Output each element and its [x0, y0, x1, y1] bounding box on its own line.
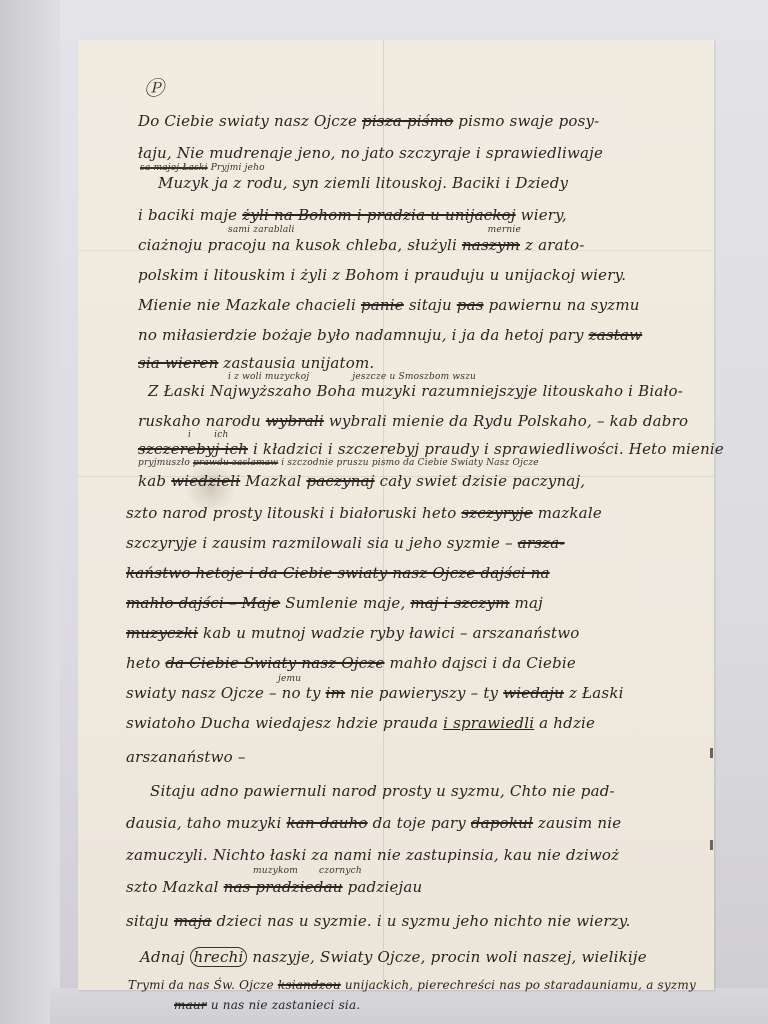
- line-text: u nas: [211, 998, 245, 1012]
- struck-text: im: [326, 684, 345, 702]
- manuscript-line: kab wiedzieli Mazkal paczynaj cały swiet…: [138, 472, 585, 490]
- manuscript-line: no miłasierdzie bożaje było nadamnuju, i…: [138, 326, 642, 344]
- line-text: pismo swaje posy-: [458, 112, 599, 130]
- manuscript-line: Adnaj hrechi naszyje, Swiaty Ojcze, proc…: [140, 948, 647, 966]
- line-text: Do Ciebie swiaty nasz Ojcze: [138, 112, 357, 130]
- circled-text: hrechi: [190, 947, 248, 967]
- line-text: dzieci nas: [216, 912, 293, 930]
- line-text: mernie: [488, 225, 521, 235]
- line-text: nie pawieryszy – ty: [350, 684, 498, 702]
- manuscript-line: polskim i litouskim i żyli z Bohom i pra…: [138, 266, 626, 284]
- manuscript-page: Ⓟ Do Ciebie swiaty nasz Ojcze pisza piśm…: [78, 40, 714, 990]
- edge-mark: [710, 748, 713, 758]
- line-text: sitaju: [126, 912, 169, 930]
- line-text: no miłasierdzie bożaje było nadamnuju, i…: [138, 326, 584, 344]
- line-text: nie zastanieci sia.: [248, 998, 360, 1012]
- struck-text: naszym: [462, 236, 520, 254]
- struck-text: kan dauho: [287, 814, 368, 832]
- manuscript-line: łaju, Nie mudrenaje jeno, no jato szczyr…: [138, 144, 603, 162]
- struck-text: zastaw: [589, 326, 643, 344]
- line-text: kab: [138, 472, 166, 490]
- line-text: Muzyk ja z rodu, syn ziemli litouskoj. B…: [158, 174, 568, 192]
- line-text: Pryjmi jeho: [211, 163, 265, 173]
- line-text: dausia, taho muzyki: [126, 814, 282, 832]
- line-text: Z Łaski Najwyższaho Boha muzyki razumnie…: [148, 382, 683, 400]
- interlinear-note: i z woli muzyckoj jeszcze u Smoszbom wsz…: [228, 372, 476, 382]
- line-text: zamuczyli. Nichto łaski za nami nie zast…: [126, 846, 619, 864]
- struck-text: żyli na Bohom i pradzia u unijackoj: [242, 206, 515, 224]
- line-text: i baciki maje: [138, 206, 237, 224]
- manuscript-line: Sitaju adno pawiernuli narod prosty u sy…: [150, 782, 615, 800]
- struck-text: pisza piśmo: [362, 112, 453, 130]
- line-text: Adnaj: [140, 948, 185, 966]
- line-text: naszyje, Swiaty Ojcze,: [252, 948, 425, 966]
- manuscript-line: sia wieren zastausia unijatom.: [138, 354, 374, 372]
- line-text: cały swiet dzisie paczynaj,: [380, 472, 586, 490]
- manuscript-line: swiaty nasz Ojcze – no ty im nie pawiery…: [126, 684, 624, 702]
- line-text: Sumlenie maje,: [285, 594, 405, 612]
- line-text: łaju, Nie mudrenaje jeno, no jato szczyr…: [138, 144, 603, 162]
- struck-text: wybrali: [266, 412, 324, 430]
- manuscript-line: muzyczki kab u mutnoj wadzie ryby ławici…: [126, 624, 580, 642]
- line-text: i szczodnie pruszu pismo da Ciebie Swiat…: [281, 458, 539, 468]
- line-text: mahło dajsci i da Ciebie: [389, 654, 575, 672]
- struck-text: sa majej Łaski: [140, 163, 208, 173]
- line-text: jemu: [278, 674, 301, 684]
- struck-text: paczynaj: [306, 472, 374, 490]
- manuscript-line: szczerebyj ich i kładzici i szczerebyj p…: [138, 440, 724, 458]
- manuscript-line: arszanaństwo –: [126, 748, 246, 766]
- struck-text: mahło dajści – Maje: [126, 594, 280, 612]
- line-text: muzykom: [253, 866, 298, 876]
- manuscript-line: maur u nas nie zastanieci sia.: [174, 998, 360, 1012]
- line-text: szto narod prosty litouski i białoruski …: [126, 504, 456, 522]
- line-text: padziejau: [348, 878, 423, 896]
- line-text: pawiernu na syzmu: [489, 296, 640, 314]
- line-text: swiaty nasz Ojcze – no ty: [126, 684, 321, 702]
- interlinear-note: sami zarablali mernie: [228, 225, 521, 235]
- line-text: procin woli naszej, wielikije: [431, 948, 647, 966]
- line-text: jeszcze u Smoszbom wszu: [352, 372, 476, 382]
- struck-text: arsza-: [518, 534, 565, 552]
- struck-text: kaństwo hetoje i da Ciebie swiaty nasz O…: [126, 564, 550, 582]
- line-text: Mienie nie Mazkale chacieli: [138, 296, 356, 314]
- manuscript-line: szto Mazkal nas pradziedau padziejau moc…: [126, 878, 422, 896]
- line-text: heto: [126, 654, 160, 672]
- manuscript-line: zamuczyli. Nichto łaski za nami nie zast…: [126, 846, 619, 864]
- struck-text: dapokul: [471, 814, 533, 832]
- interlinear-note: muzykom czornych: [253, 866, 362, 876]
- struck-text: prawdu zaslamaw: [193, 458, 278, 468]
- line-text: kab u mutnoj wadzie ryby ławici – arszan…: [203, 624, 579, 642]
- line-text: sitaju: [409, 296, 452, 314]
- struck-text: sia wieren: [138, 354, 218, 372]
- line-text: i: [188, 430, 191, 440]
- line-text: arszanaństwo –: [126, 748, 246, 766]
- line-text: mazkale: [538, 504, 602, 522]
- manuscript-line: Do Ciebie swiaty nasz Ojcze pisza piśmo …: [138, 112, 599, 130]
- line-text: da toje pary: [373, 814, 466, 832]
- line-text: Sitaju adno pawiernuli narod prosty u sy…: [150, 782, 615, 800]
- manuscript-line: ruskaho narodu wybrali wybrali mienie da…: [138, 412, 688, 430]
- interlinear-note: i ich: [188, 430, 228, 440]
- manuscript-line: ciażnoju pracoju na kusok chleba, służyl…: [138, 236, 584, 254]
- line-text: ich: [214, 430, 228, 440]
- manuscript-line: sitaju maja dzieci nas u syzmie. i u syz…: [126, 912, 630, 930]
- interlinear-note: sa majej Łaski Pryjmi jeho: [140, 163, 265, 173]
- interlinear-note: pryjmuszło prawdu zaslamaw i szczodnie p…: [138, 458, 539, 468]
- line-text: unijackich, pierechreści nas po staradau…: [345, 978, 696, 992]
- struck-text: wiedzieli: [171, 472, 240, 490]
- manuscript-line: Muzyk ja z rodu, syn ziemli litouskoj. B…: [158, 174, 568, 192]
- line-text: z arato-: [525, 236, 584, 254]
- monogram-icon: Ⓟ: [144, 72, 164, 101]
- line-text: swiatoho Ducha wiedajesz hdzie prauda: [126, 714, 438, 732]
- manuscript-line: dausia, taho muzyki kan dauho da toje pa…: [126, 814, 621, 832]
- underlined-text: i sprawiedli: [443, 714, 534, 732]
- line-text: a hdzie: [539, 714, 595, 732]
- line-text: z Łaski: [569, 684, 624, 702]
- line-text: szto Mazkal: [126, 878, 219, 896]
- struck-text: maja: [174, 912, 212, 930]
- interlinear-note: jemu: [278, 674, 301, 684]
- line-text: u syzmie. i u syzmu jeho nichto nie wier…: [299, 912, 631, 930]
- manuscript-line: Mienie nie Mazkale chacieli panie sitaju…: [138, 296, 640, 314]
- line-text: zausim nie: [538, 814, 621, 832]
- line-text: czornych: [319, 866, 362, 876]
- edge-mark: [710, 840, 713, 850]
- manuscript-line: kaństwo hetoje i da Ciebie swiaty nasz O…: [126, 564, 550, 582]
- manuscript-line: heto da Ciebie Swiaty nasz Ojcze mahło d…: [126, 654, 576, 672]
- struck-text: da Ciebie Swiaty nasz Ojcze: [165, 654, 384, 672]
- line-text: Mazkal: [245, 472, 301, 490]
- line-text: szczyryje i zausim razmilowali sia u jeh…: [126, 534, 513, 552]
- manuscript-line: szczyryje i zausim razmilowali sia u jeh…: [126, 534, 565, 552]
- manuscript-line: mahło dajści – Maje Sumlenie maje, maj i…: [126, 594, 543, 612]
- struck-text: muzyczki: [126, 624, 198, 642]
- manuscript-line: Z Łaski Najwyższaho Boha muzyki razumnie…: [148, 382, 683, 400]
- line-text: zastausia unijatom.: [223, 354, 374, 372]
- struck-text: maur: [174, 998, 207, 1012]
- manuscript-line: swiatoho Ducha wiedajesz hdzie prauda i …: [126, 714, 595, 732]
- manuscript-line: szto narod prosty litouski i białoruski …: [126, 504, 602, 522]
- book-lower-page: [50, 988, 768, 1024]
- line-text: ciażnoju pracoju na kusok chleba, służyl…: [138, 236, 457, 254]
- struck-text: panie: [361, 296, 404, 314]
- struck-text: maj i szczym: [410, 594, 509, 612]
- line-text: polskim i litouskim i żyli z Bohom i pra…: [138, 266, 626, 284]
- struck-text: ksiandzou: [278, 978, 341, 992]
- line-text: ruskaho narodu: [138, 412, 261, 430]
- line-text: pryjmuszło: [138, 458, 190, 468]
- manuscript-line: i baciki maje żyli na Bohom i pradzia u …: [138, 206, 567, 224]
- struck-text: wiedaju: [503, 684, 564, 702]
- line-text: wiery,: [521, 206, 567, 224]
- line-text: i kładzici i szczerebyj praudy i sprawie…: [253, 440, 724, 458]
- struck-text: szczerebyj ich: [138, 440, 248, 458]
- manuscript-line: Trymi da nas Św. Ojcze ksiandzou unijack…: [128, 978, 696, 992]
- line-text: sami zarablali: [228, 225, 295, 235]
- struck-text: nas pradziedau: [224, 878, 343, 896]
- line-text: i z woli muzyckoj: [228, 372, 309, 382]
- line-text: maj: [515, 594, 543, 612]
- struck-text: pas: [457, 296, 484, 314]
- struck-text: szczyryje: [461, 504, 532, 522]
- line-text: wybrali mienie da Rydu Polskaho, – kab d…: [329, 412, 688, 430]
- line-text: Trymi da nas Św. Ojcze: [128, 978, 274, 992]
